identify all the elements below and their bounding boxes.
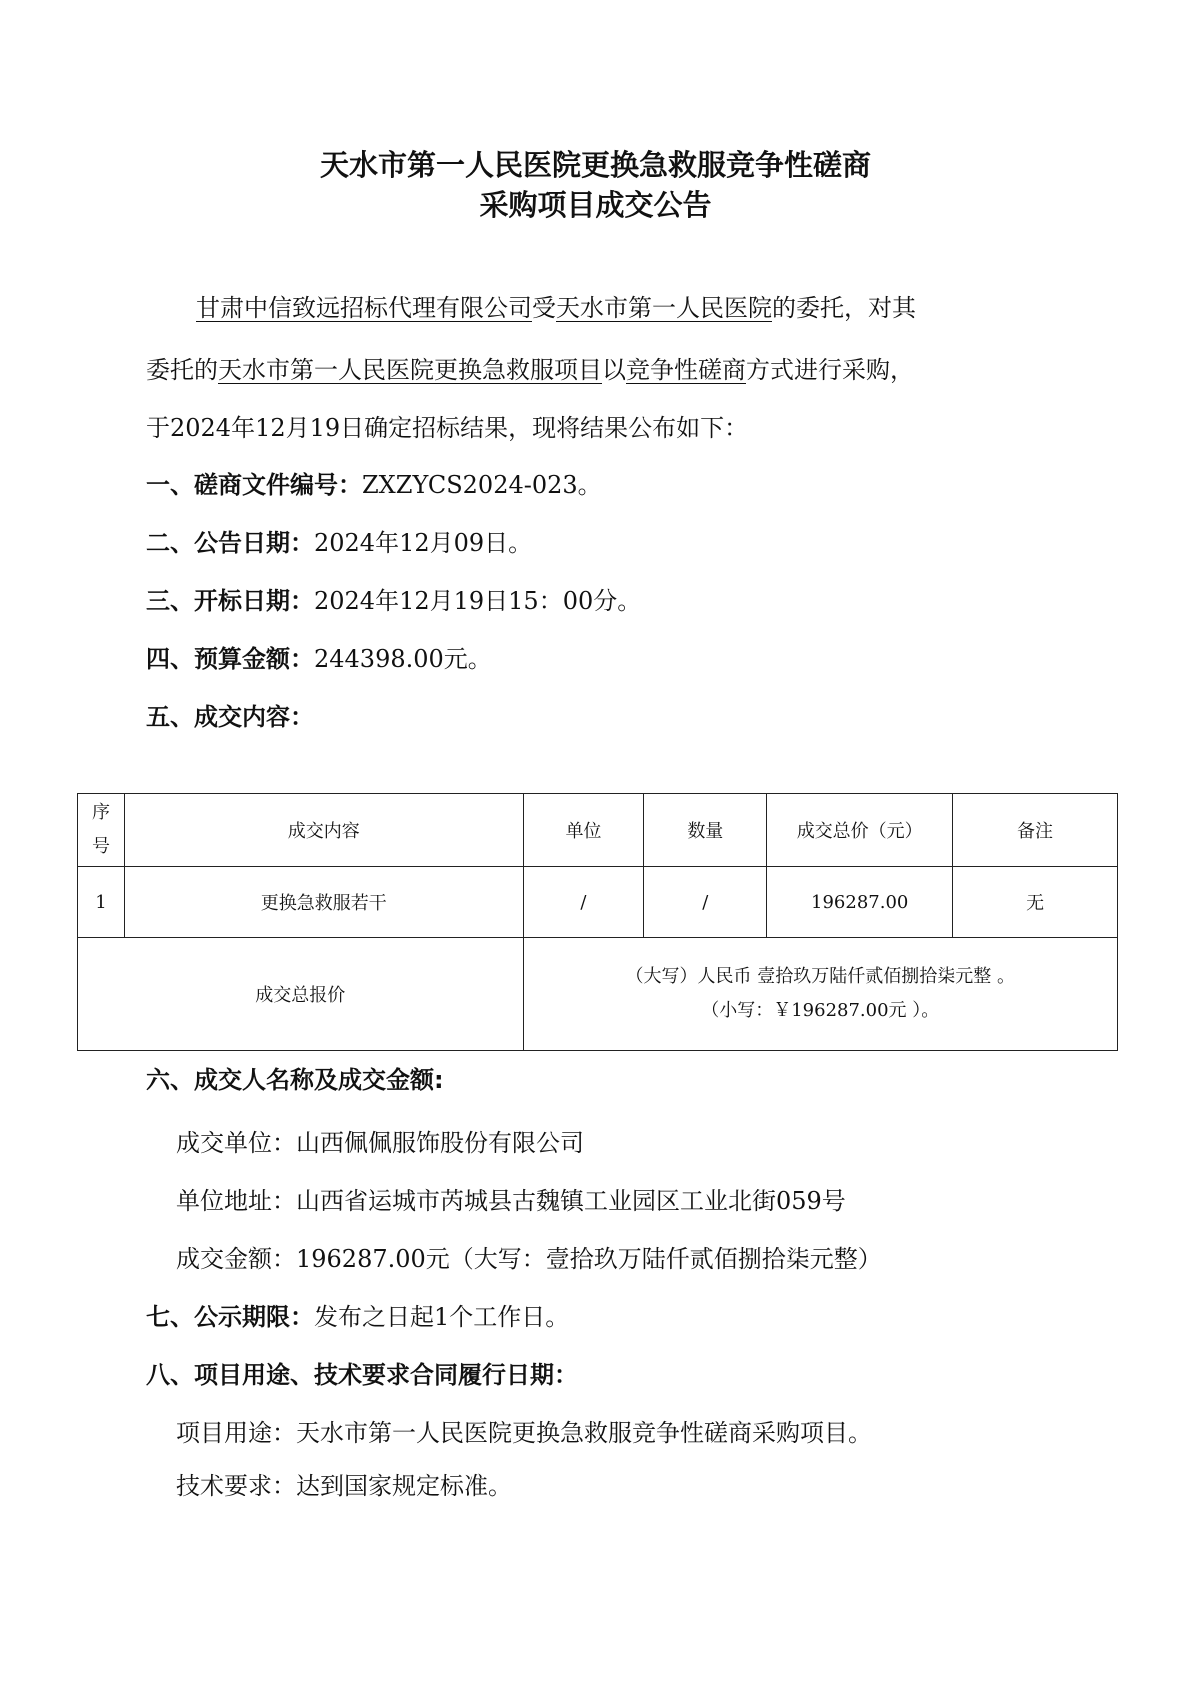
intro-text: 以 bbox=[602, 356, 626, 384]
intro-paragraph-line1: 甘肃中信致远招标代理有限公司受天水市第一人民医院的委托，对其 bbox=[196, 288, 916, 323]
section-doc-number: 一、磋商文件编号：ZXZYCS2024-023。 bbox=[146, 465, 602, 500]
table-row: 1 更换急救服若干 / / 196287.00 无 bbox=[78, 867, 1118, 938]
intro-text: 受 bbox=[532, 294, 556, 322]
section-project-use: 八、项目用途、技术要求合同履行日期： bbox=[146, 1355, 578, 1390]
cell-total: 196287.00 bbox=[767, 867, 953, 938]
agency-name: 甘肃中信致远招标代理有限公司 bbox=[196, 294, 532, 322]
intro-text: 的委托，对其 bbox=[772, 294, 916, 322]
winner-unit: 成交单位：山西佩佩服饰股份有限公司 bbox=[176, 1123, 584, 1158]
cell-remark: 无 bbox=[953, 867, 1118, 938]
header-unit: 单位 bbox=[523, 794, 644, 867]
table-header-row: 序号 成交内容 单位 数量 成交总价（元） 备注 bbox=[78, 794, 1118, 867]
winner-address: 单位地址：山西省运城市芮城县古魏镇工业园区工业北街059号 bbox=[176, 1181, 846, 1216]
intro-paragraph-line3: 于2024年12月19日确定招标结果，现将结果公布如下： bbox=[146, 408, 748, 443]
opening-date-value: 2024年12月19日15：00分。 bbox=[314, 587, 641, 615]
budget-value: 244398.00元。 bbox=[314, 645, 492, 673]
deal-table: 序号 成交内容 单位 数量 成交总价（元） 备注 1 更换急救服若干 / / 1… bbox=[77, 793, 1118, 1051]
section-announce-date: 二、公告日期：2024年12月09日。 bbox=[146, 523, 532, 558]
section-label: 二、公告日期： bbox=[146, 529, 314, 557]
announce-date-value: 2024年12月09日。 bbox=[314, 529, 532, 557]
section-opening-date: 三、开标日期：2024年12月19日15：00分。 bbox=[146, 581, 641, 616]
cell-quantity: / bbox=[644, 867, 767, 938]
section-publicity-period: 七、公示期限：发布之日起1个工作日。 bbox=[146, 1297, 569, 1332]
project-name: 天水市第一人民医院更换急救服项目 bbox=[218, 356, 602, 384]
intro-text: 方式进行采购， bbox=[746, 356, 914, 384]
section-label: 一、磋商文件编号： bbox=[146, 471, 362, 499]
header-quantity: 数量 bbox=[644, 794, 767, 867]
tech-requirement: 技术要求：达到国家规定标准。 bbox=[176, 1466, 512, 1501]
summary-lowercase: （小写：￥196287.00元 ）。 bbox=[701, 1000, 939, 1021]
header-remark: 备注 bbox=[953, 794, 1118, 867]
section-winner: 六、成交人名称及成交金额: bbox=[146, 1060, 444, 1095]
procurement-method: 竞争性磋商 bbox=[626, 356, 746, 384]
summary-label: 成交总报价 bbox=[78, 938, 524, 1051]
cell-seq: 1 bbox=[78, 867, 125, 938]
section-deal-content: 五、成交内容： bbox=[146, 697, 314, 732]
winner-amount: 成交金额：196287.00元（大写：壹拾玖万陆仟贰佰捌拾柒元整） bbox=[176, 1239, 882, 1274]
document-title-line1: 天水市第一人民医院更换急救服竞争性磋商 bbox=[0, 143, 1191, 184]
project-use: 项目用途：天水市第一人民医院更换急救服竞争性磋商采购项目。 bbox=[176, 1413, 872, 1448]
section-label: 七、公示期限： bbox=[146, 1303, 314, 1331]
table-summary-row: 成交总报价 （大写）人民币 壹拾玖万陆仟贰佰捌拾柒元整 。 （小写：￥19628… bbox=[78, 938, 1118, 1051]
cell-unit: / bbox=[523, 867, 644, 938]
publicity-period-value: 发布之日起1个工作日。 bbox=[314, 1303, 569, 1331]
intro-paragraph-line2: 委托的天水市第一人民医院更换急救服项目以竞争性磋商方式进行采购， bbox=[146, 350, 914, 385]
client-name: 天水市第一人民医院 bbox=[556, 294, 772, 322]
document-title-line2: 采购项目成交公告 bbox=[0, 183, 1191, 224]
header-content: 成交内容 bbox=[124, 794, 523, 867]
section-label: 三、开标日期： bbox=[146, 587, 314, 615]
summary-amount: （大写）人民币 壹拾玖万陆仟贰佰捌拾柒元整 。 （小写：￥196287.00元 … bbox=[523, 938, 1118, 1051]
header-seq: 序号 bbox=[78, 794, 125, 867]
section-label: 四、预算金额： bbox=[146, 645, 314, 673]
cell-content: 更换急救服若干 bbox=[124, 867, 523, 938]
doc-number-value: ZXZYCS2024-023。 bbox=[362, 471, 602, 499]
intro-text: 委托的 bbox=[146, 356, 218, 384]
section-budget: 四、预算金额：244398.00元。 bbox=[146, 639, 492, 674]
summary-uppercase: （大写）人民币 壹拾玖万陆仟贰佰捌拾柒元整 。 bbox=[626, 966, 1015, 987]
header-total: 成交总价（元） bbox=[767, 794, 953, 867]
